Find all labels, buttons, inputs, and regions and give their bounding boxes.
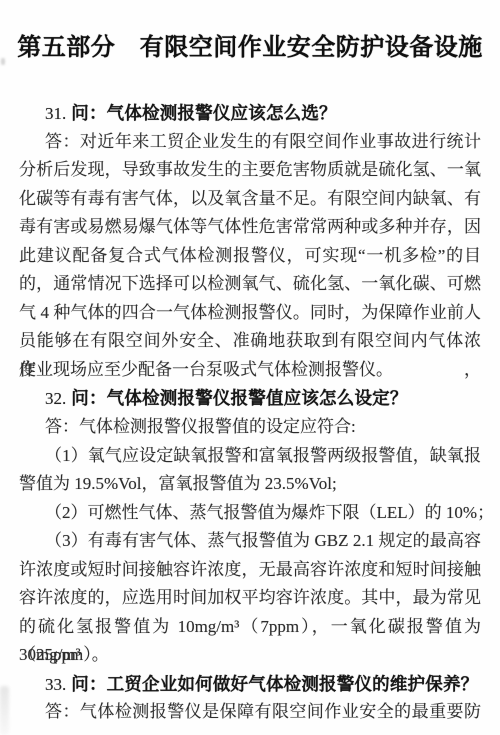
question-32-number: 32.: [45, 389, 66, 408]
answer-31-line: 毒有害或易燃易爆气体等气体性危害常常两种或多种并存，因: [19, 213, 481, 242]
question-33-number: 33.: [45, 675, 66, 694]
answer-32-item-3-line: 的硫化氢报警值为 10mg/m³（7ppm），一氧化碳报警值为 30mg/m³: [19, 613, 481, 642]
question-33: 33.问：工贸企业如何做好气体检测报警仪的维护保养？: [19, 670, 481, 699]
question-31-text: 问：气体检测报警仪应该怎么选？: [71, 103, 337, 123]
answer-32-item-3-line: 容许浓度的，应选用时间加权平均容许浓度。其中，最为常见: [19, 584, 481, 613]
question-32: 32.问：气体检测报警仪报警值应该怎么设定？: [19, 384, 481, 413]
document-title: 第五部分 有限空间作业安全防护设备设施: [0, 27, 500, 62]
answer-31-line: 的，通常情况下选择可以检测氧气、硫化氢、一氧化碳、可燃: [19, 270, 481, 299]
question-31-number: 31.: [45, 104, 66, 123]
answer-32-item-3-line: （3）有毒有害气体、蒸气报警值为 GBZ 2.1 规定的最高容: [19, 527, 481, 556]
scanned-document-page: 第五部分 有限空间作业安全防护设备设施 31.问：气体检测报警仪应该怎么选？ 答…: [0, 0, 500, 735]
answer-31-line: 气 4 种气体的四合一气体检测报警仪。同时，为保障作业前人: [19, 299, 481, 328]
answer-31-line: 分析后发现，导致事故发生的主要危害物质就是硫化氢、一氧: [19, 156, 481, 185]
answer-32-line: 答：气体检测报警仪报警值的设定应符合:: [19, 413, 481, 442]
scan-artifact-bottom-left: [0, 686, 9, 735]
answer-32-item-2-line: （2）可燃性气体、蒸气报警值为爆炸下限（LEL）的 10%；: [19, 499, 481, 528]
answer-33-line: 答：气体检测报警仪是保障有限空间作业安全的最重要防: [19, 698, 481, 727]
question-33-text: 问：工贸企业如何做好气体检测报警仪的维护保养？: [71, 674, 478, 694]
answer-32-item-1-line: 警值为 19.5%Vol，富氧报警值为 23.5%Vol;: [19, 470, 481, 499]
document-body: 31.问：气体检测报警仪应该怎么选？ 答：对近年来工贸企业发生的有限空间作业事故…: [19, 99, 481, 727]
answer-32-item-1-line: （1）氧气应设定缺氧报警和富氧报警两级报警值，缺氧报: [19, 442, 481, 471]
answer-32-item-3-line: 许浓度或短时间接触容许浓度，无最高容许浓度和短时间接触: [19, 556, 481, 585]
question-32-text: 问：气体检测报警仪报警值应该怎么设定？: [71, 388, 407, 408]
scan-artifact-left-edge: [1, 58, 5, 65]
answer-31-line: 答：对近年来工贸企业发生的有限空间作业事故进行统计: [19, 128, 481, 157]
question-31: 31.问：气体检测报警仪应该怎么选？: [19, 99, 481, 128]
answer-31-line: 化碳等有毒有害气体，以及氧含量不足。有限空间内缺氧、有: [19, 185, 481, 214]
answer-31-line: 员能够在有限空间外安全、准确地获取到有限空间内气体浓度，: [19, 327, 481, 356]
answer-31-line: 此建议配备复合式气体检测报警仪，可实现“一机多检”的目: [19, 242, 481, 271]
answer-32-item-3-line: （25ppm）。: [19, 641, 481, 670]
